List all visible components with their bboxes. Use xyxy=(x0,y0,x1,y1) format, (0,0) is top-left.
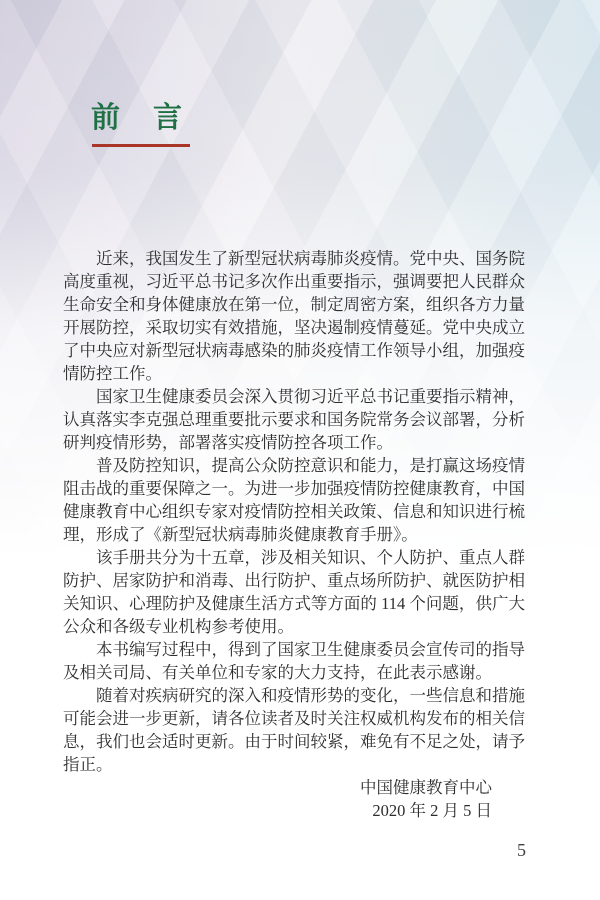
preface-body: 近来，我国发生了新型冠状病毒肺炎疫情。党中央、国务院高度重视，习近平总书记多次作… xyxy=(63,247,525,776)
preface-paragraph: 随着对疾病研究的深入和疫情形势的变化，一些信息和措施可能会进一步更新，请各位读者… xyxy=(63,684,525,776)
preface-page: 前 言 近来，我国发生了新型冠状病毒肺炎疫情。党中央、国务院高度重视，习近平总书… xyxy=(0,0,600,900)
page-number: 5 xyxy=(517,840,526,860)
preface-paragraph: 近来，我国发生了新型冠状病毒肺炎疫情。党中央、国务院高度重视，习近平总书记多次作… xyxy=(63,247,525,385)
title-underline xyxy=(92,144,190,147)
preface-paragraph: 该手册共分为十五章，涉及相关知识、个人防护、重点人群防护、居家防护和消毒、出行防… xyxy=(63,546,525,638)
signature-organization: 中国健康教育中心 xyxy=(63,776,492,799)
signature-block: 中国健康教育中心 2020 年 2 月 5 日 xyxy=(63,776,525,822)
preface-paragraph: 本书编写过程中，得到了国家卫生健康委员会宣传司的指导及相关司局、有关单位和专家的… xyxy=(63,638,525,684)
preface-paragraph: 普及防控知识，提高公众防控意识和能力，是打赢这场疫情阻击战的重要保障之一。为进一… xyxy=(63,454,525,546)
signature-date: 2020 年 2 月 5 日 xyxy=(63,799,492,822)
preface-paragraph: 国家卫生健康委员会深入贯彻习近平总书记重要指示精神，认真落实李克强总理重要批示要… xyxy=(63,385,525,454)
preface-title: 前 言 xyxy=(91,101,184,136)
